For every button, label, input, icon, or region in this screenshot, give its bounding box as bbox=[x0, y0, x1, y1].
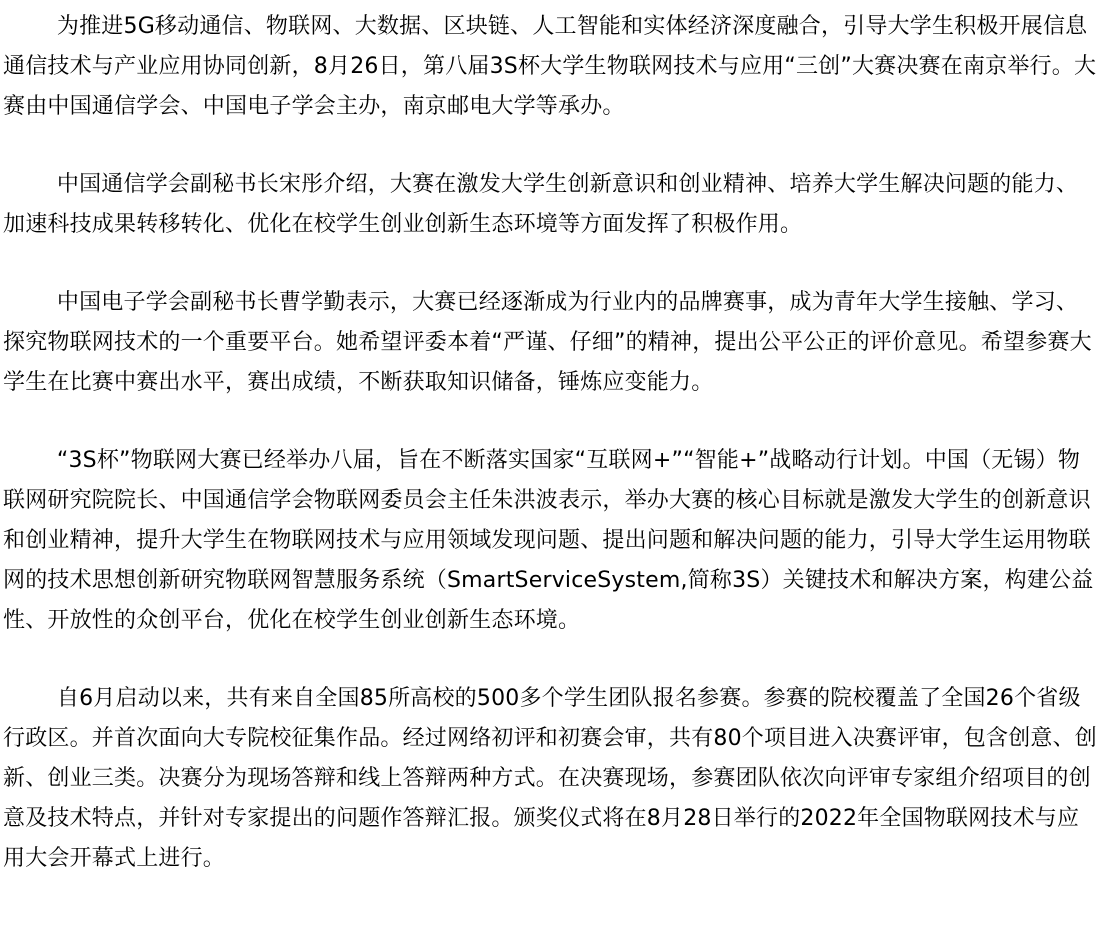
paragraph-song-tong: 中国通信学会副秘书长宋彤介绍，大赛在激发大学生创新意识和创业精神、培养大学生解决… bbox=[3, 165, 1100, 245]
paragraph-participation: 自6月启动以来，共有来自全国85所高校的500多个学生团队报名参赛。参赛的院校覆… bbox=[3, 679, 1100, 879]
article-body: 为推进5G移动通信、物联网、大数据、区块链、人工智能和实体经济深度融合，引导大学… bbox=[0, 0, 1104, 879]
paragraph-intro: 为推进5G移动通信、物联网、大数据、区块链、人工智能和实体经济深度融合，引导大学… bbox=[3, 7, 1100, 127]
paragraph-cao-xueqin: 中国电子学会副秘书长曹学勤表示，大赛已经逐渐成为行业内的品牌赛事，成为青年大学生… bbox=[3, 283, 1100, 403]
paragraph-zhu-hongbo: “3S杯”物联网大赛已经举办八届，旨在不断落实国家“互联网+”“智能+”战略动行… bbox=[3, 441, 1100, 641]
page: { "page": { "background_color": "#ffffff… bbox=[0, 0, 1104, 929]
